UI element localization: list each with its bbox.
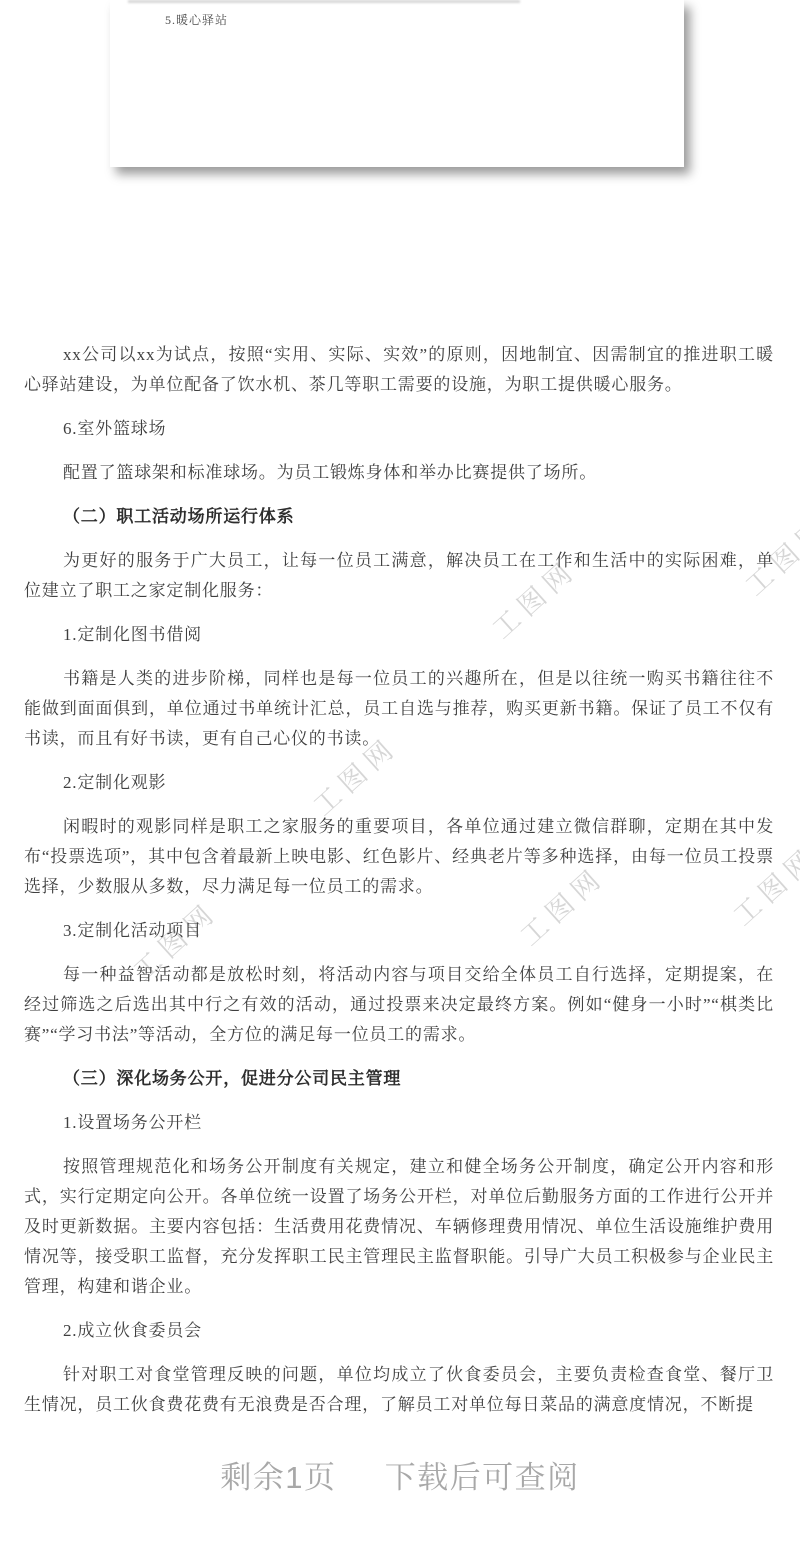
- section-heading: （三）深化场务公开，促进分公司民主管理: [24, 1064, 774, 1094]
- download-to-view-hint: 下载后可查阅: [385, 1460, 580, 1495]
- document-page: xx公司以xx为试点，按照“实用、实际、实效”的原则，因地制宜、因需制宜的推进职…: [24, 340, 774, 1434]
- paragraph: xx公司以xx为试点，按照“实用、实际、实效”的原则，因地制宜、因需制宜的推进职…: [24, 340, 774, 400]
- paragraph: 按照管理规范化和场务公开制度有关规定，建立和健全场务公开制度，确定公开内容和形式…: [24, 1152, 774, 1302]
- paragraph: 书籍是人类的进步阶梯，同样也是每一位员工的兴趣所在，但是以往统一购买书籍往往不能…: [24, 664, 774, 754]
- section-heading: （二）职工活动场所运行体系: [24, 502, 774, 532]
- previous-page-item-label: 5.暖心驿站: [165, 11, 228, 28]
- remaining-pages-notice: 剩余1页 下载后可查阅: [0, 1452, 800, 1497]
- paragraph: 为更好的服务于广大员工，让每一位员工满意，解决员工在工作和生活中的实际困难，单位…: [24, 546, 774, 606]
- previous-page-sheet: 5.暖心驿站: [110, 0, 684, 167]
- list-item: 2.成立伙食委员会: [24, 1316, 774, 1346]
- list-item: 1.定制化图书借阅: [24, 620, 774, 650]
- remaining-pages-count: 剩余1页: [220, 1460, 336, 1495]
- paragraph: 闲暇时的观影同样是职工之家服务的重要项目，各单位通过建立微信群聊，定期在其中发布…: [24, 812, 774, 902]
- list-item: 6.室外篮球场: [24, 414, 774, 444]
- list-item: 2.定制化观影: [24, 768, 774, 798]
- paragraph: 针对职工对食堂管理反映的问题，单位均成立了伙食委员会，主要负责检查食堂、餐厅卫生…: [24, 1360, 774, 1420]
- clipped-text-line: [128, 0, 520, 3]
- list-item: 3.定制化活动项目: [24, 916, 774, 946]
- paragraph: 配置了篮球架和标准球场。为员工锻炼身体和举办比赛提供了场所。: [24, 458, 774, 488]
- paragraph: 每一种益智活动都是放松时刻，将活动内容与项目交给全体员工自行选择，定期提案，在经…: [24, 960, 774, 1050]
- list-item: 1.设置场务公开栏: [24, 1108, 774, 1138]
